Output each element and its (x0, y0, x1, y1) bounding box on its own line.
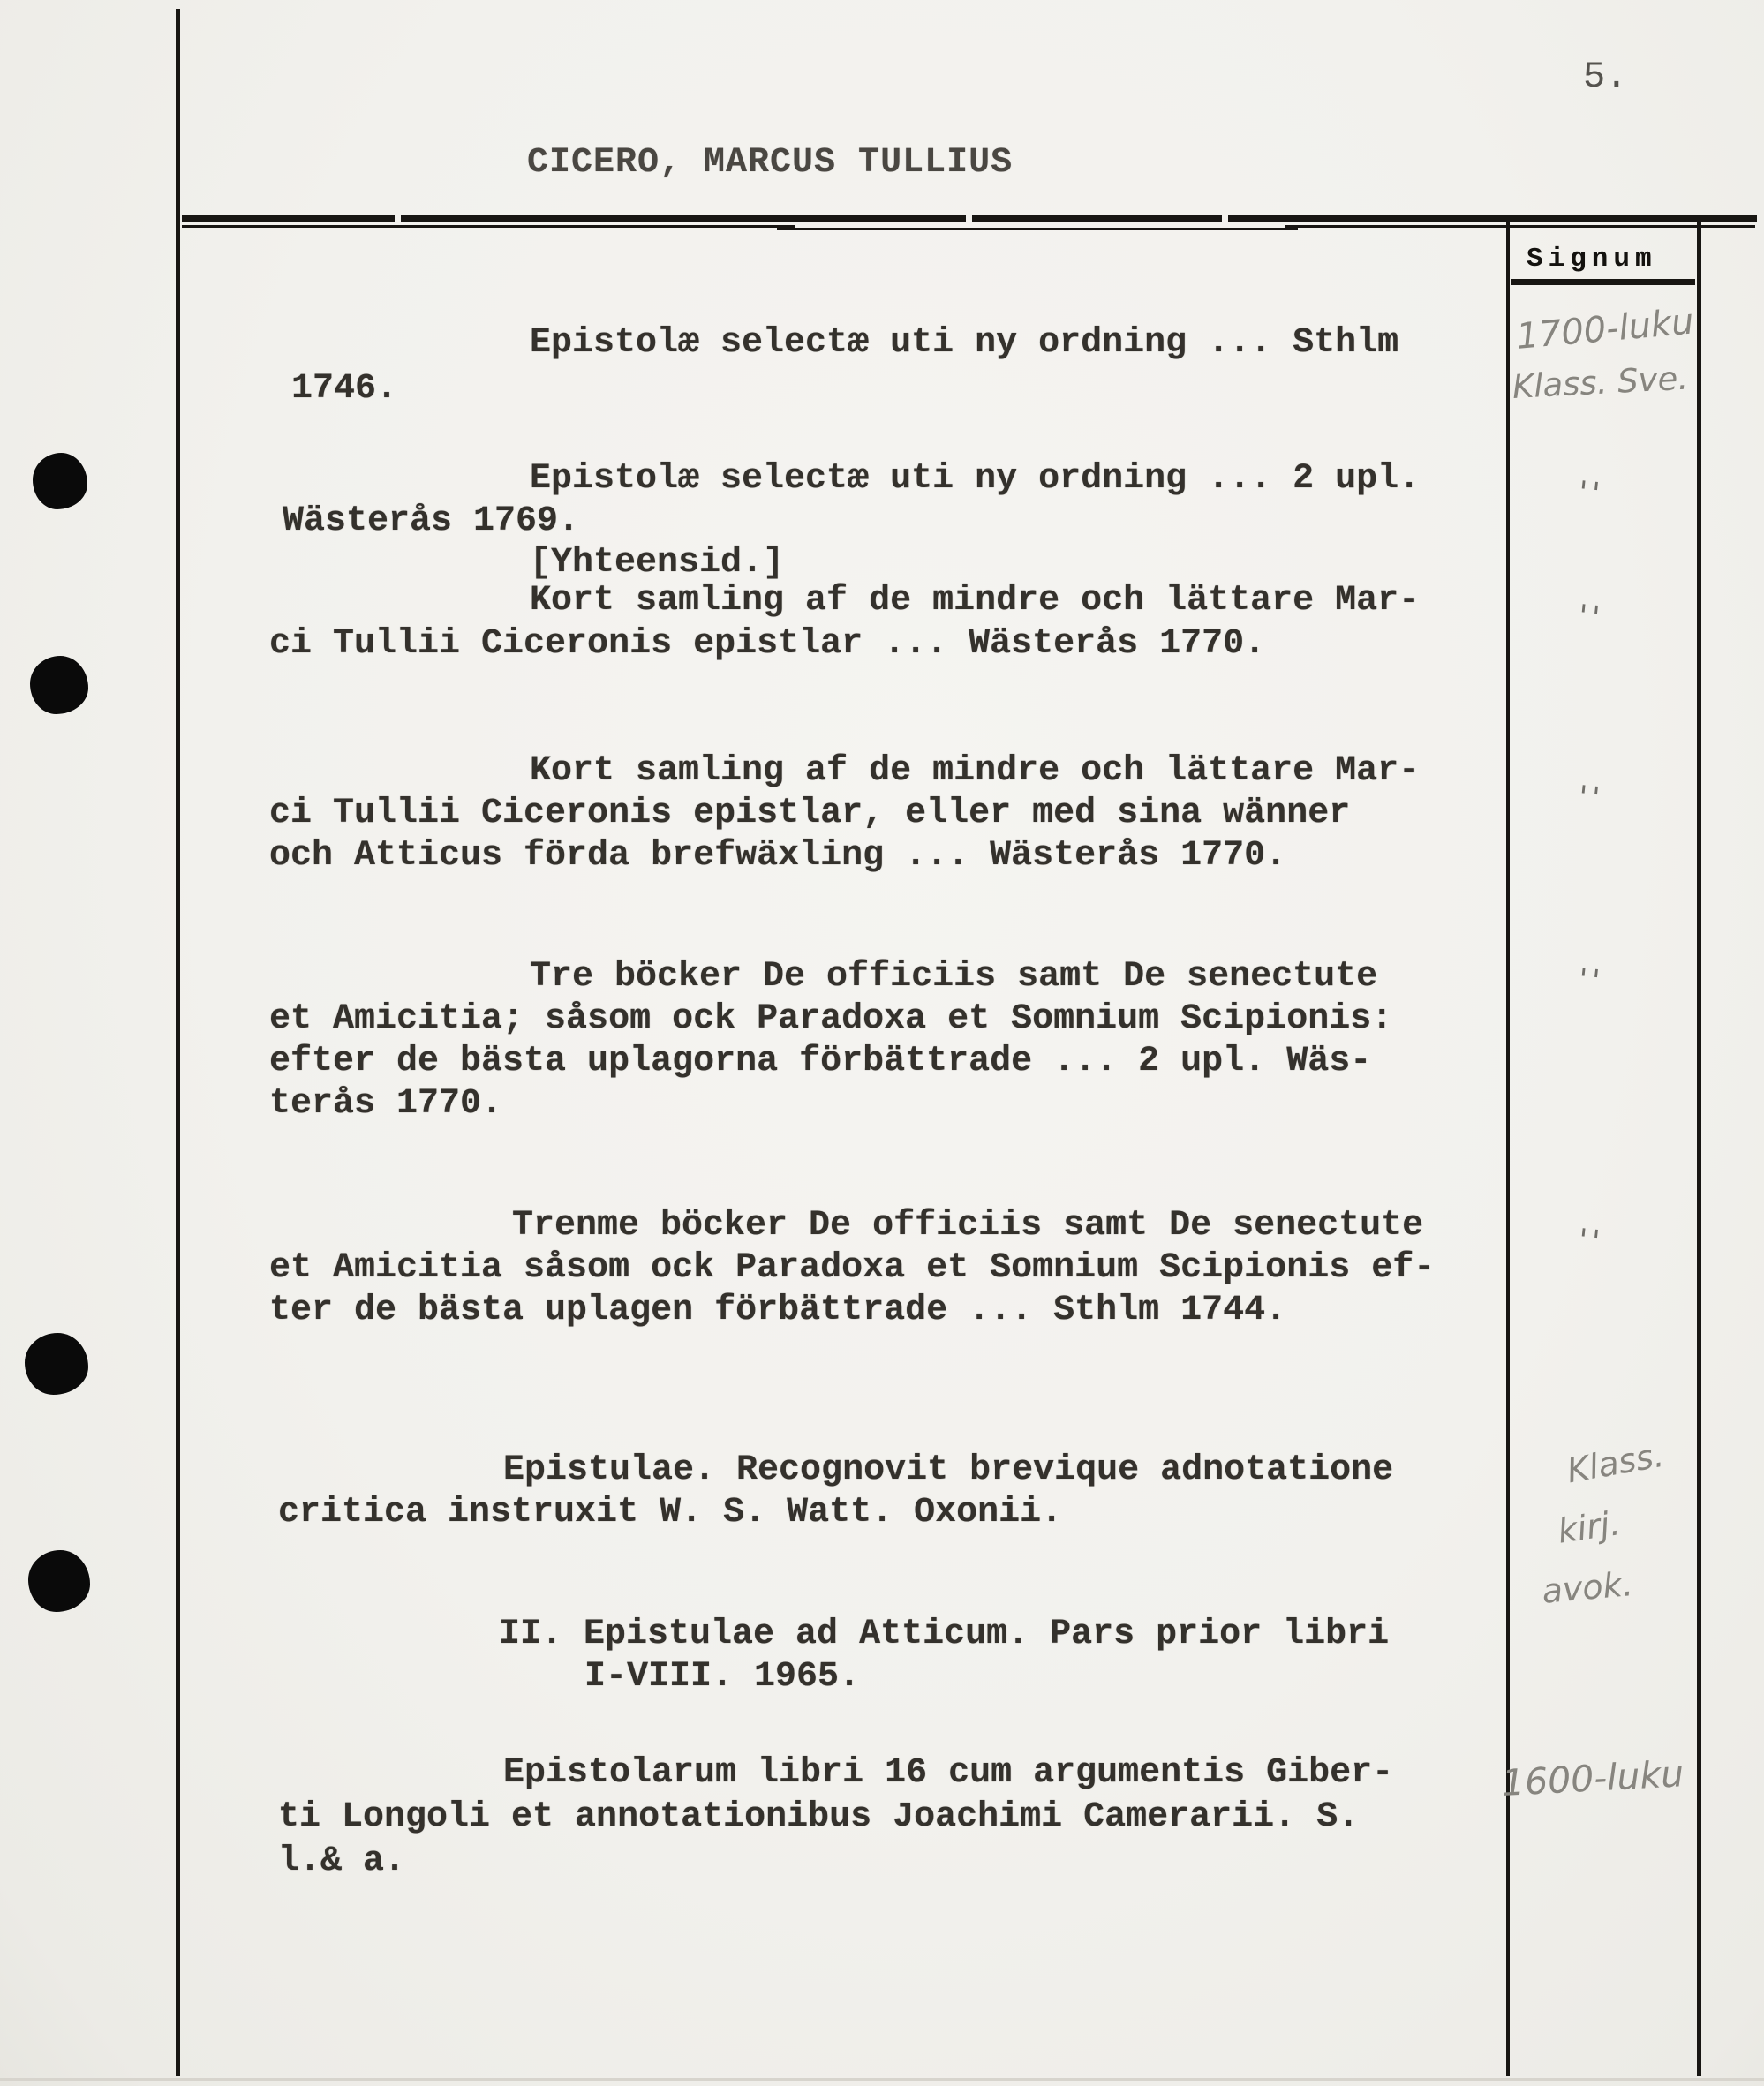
hole-punch-mark (33, 453, 87, 509)
scan-bottom-edge (0, 2078, 1764, 2081)
catalog-entry-line: efter de bästa uplagorna förbättrade ...… (269, 1044, 1371, 1080)
catalog-entry-line: [Yhteensid.] (530, 546, 784, 581)
catalog-entry-line: Epistolarum libri 16 cum argumentis Gibe… (503, 1756, 1393, 1791)
catalog-entry-line: et Amicitia såsom ock Paradoxa et Somniu… (269, 1251, 1435, 1286)
catalog-entry-line: critica instruxit W. S. Watt. Oxonii. (278, 1495, 1062, 1531)
hole-punch-mark (25, 1333, 88, 1395)
header-rule-thick (972, 215, 1222, 222)
catalog-entry-line: Kort samling af de mindre och lättare Ma… (530, 754, 1420, 789)
header-rule-thin (777, 228, 1298, 230)
catalog-entry-line: och Atticus förda brefwäxling ... Wäster… (269, 839, 1286, 874)
catalog-entry-line: Epistolæ selectæ uti ny ordning ... Sthl… (530, 326, 1398, 361)
hole-punch-mark (28, 1550, 90, 1612)
ditto-mark: '' (1577, 478, 1605, 510)
signum-annotation: 1700-luku (1515, 304, 1695, 354)
catalog-entry-line: 1746. (291, 372, 397, 407)
signum-annotation: Klass. Sve. (1511, 362, 1689, 403)
ditto-mark: '' (1577, 965, 1605, 998)
header-rule-thin (182, 225, 795, 228)
signum-header-underline (1511, 279, 1695, 285)
catalog-entry-line: Tre böcker De officiis samt De senectute (530, 960, 1377, 995)
catalog-entry-line: ti Longoli et annotationibus Joachimi Ca… (278, 1800, 1359, 1835)
header-rule-thin (1285, 225, 1755, 228)
catalog-entry-line: ter de bästa uplagen förbättrade ... Sth… (269, 1293, 1286, 1329)
signum-annotation: kirj. (1556, 1506, 1622, 1548)
catalog-entry-line: terås 1770. (269, 1087, 502, 1122)
catalog-entry-line: Trenme böcker De officiis samt De senect… (512, 1209, 1423, 1244)
document-page: 5. CICERO, MARCUS TULLIUS Signum Epistol… (0, 0, 1764, 2086)
catalog-entry-line: II. Epistulae ad Atticum. Pars prior lib… (499, 1617, 1389, 1653)
signum-column-right-border (1697, 215, 1701, 2076)
ditto-mark: '' (1577, 1225, 1605, 1258)
page-number: 5. (1583, 56, 1627, 98)
catalog-entry-line: Epistolæ selectæ uti ny ordning ... 2 up… (530, 462, 1420, 497)
signum-column-header: Signum (1527, 244, 1657, 275)
ditto-mark: '' (1577, 782, 1605, 815)
ditto-mark: '' (1577, 601, 1605, 634)
header-rule-thick (401, 215, 966, 222)
catalog-entry-line: I-VIII. 1965. (584, 1660, 860, 1695)
header-rule-thick (1228, 215, 1757, 222)
catalog-entry-line: ci Tullii Ciceronis epistlar ... Wästerå… (269, 627, 1265, 662)
left-page-border-line (176, 9, 180, 2076)
catalog-entry-line: l.& a. (278, 1844, 405, 1879)
catalog-entry-line: Kort samling af de mindre och lättare Ma… (530, 584, 1420, 619)
author-heading: CICERO, MARCUS TULLIUS (527, 143, 1013, 183)
signum-annotation: avok. (1541, 1567, 1634, 1608)
catalog-entry-line: et Amicitia; såsom ock Paradoxa et Somni… (269, 1002, 1392, 1037)
hole-punch-mark (30, 656, 88, 714)
catalog-entry-line: ci Tullii Ciceronis epistlar, eller med … (269, 796, 1350, 832)
header-rule-thick (182, 215, 395, 222)
catalog-entry-line: Wästerås 1769. (283, 504, 579, 539)
signum-annotation: 1600-luku (1501, 1756, 1685, 1802)
catalog-entry-line: Epistulae. Recognovit brevique adnotatio… (503, 1453, 1393, 1488)
signum-annotation: Klass. (1564, 1438, 1666, 1488)
